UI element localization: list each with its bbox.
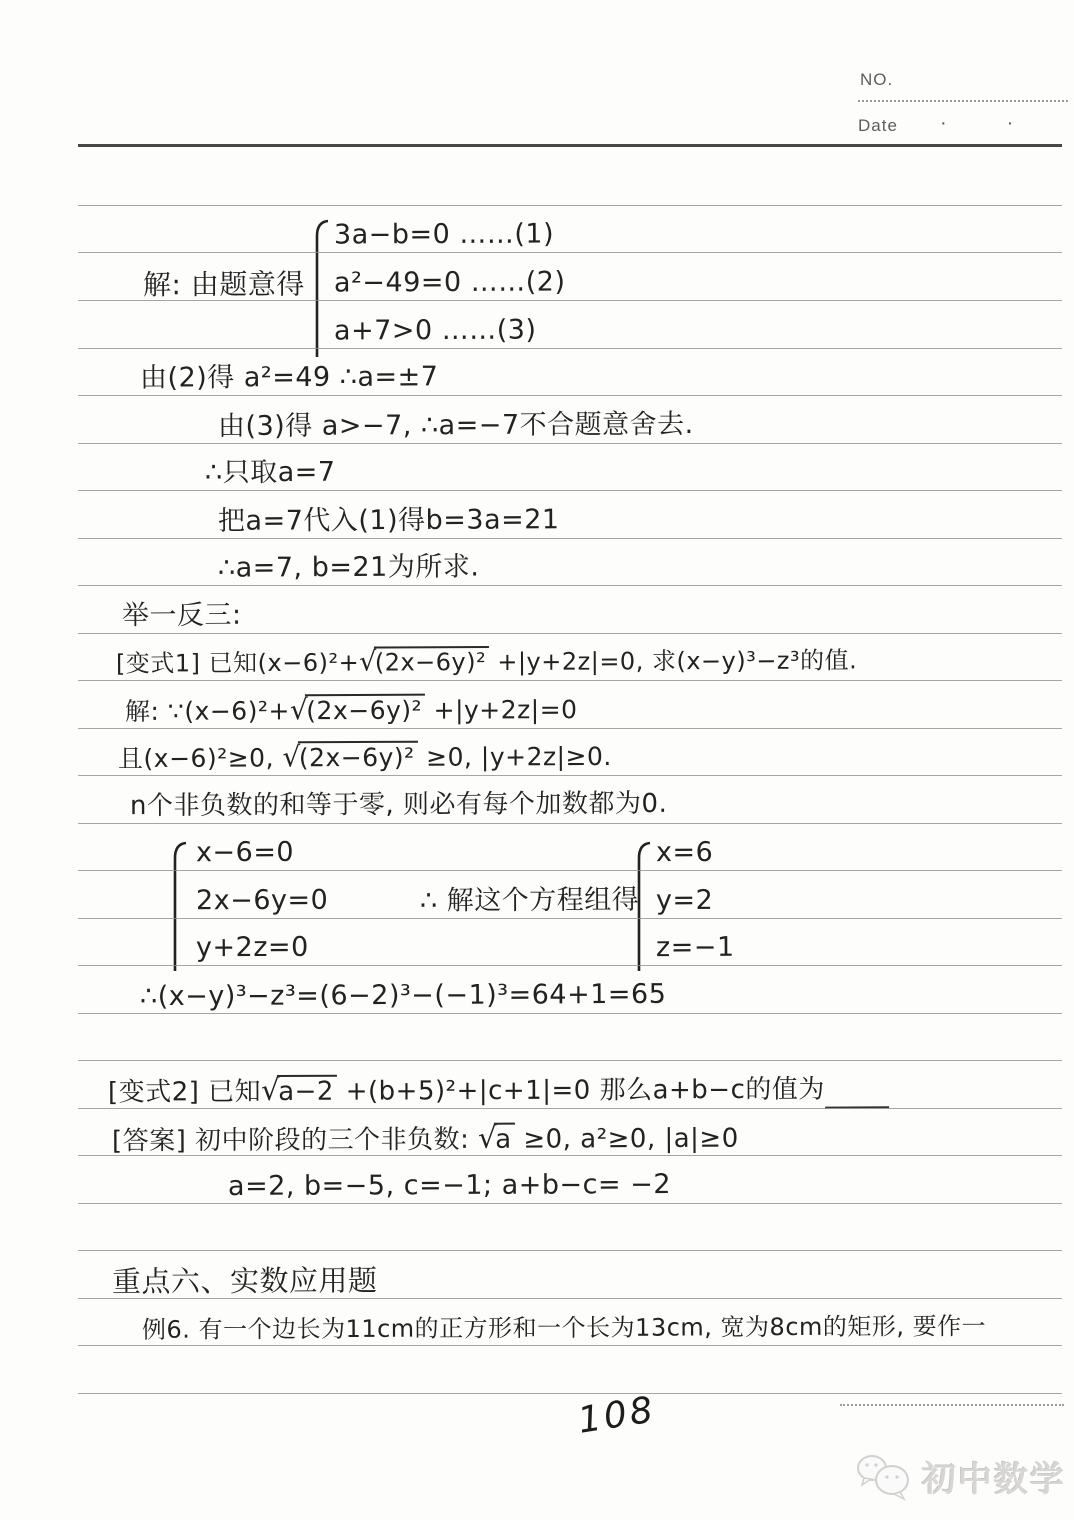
ruled-line <box>78 1155 1062 1156</box>
answer-blank <box>825 1076 889 1108</box>
variation1-solution-line: 解: ∵(x−6)²+√(2x−6y)² +|y+2z|=0 <box>125 690 578 730</box>
sqrt-expression: √a−2 <box>261 1071 337 1111</box>
ruled-line <box>78 348 1062 349</box>
answer-tag: [答案] <box>112 1126 186 1156</box>
sqrt-expression: √(2x−6y)² <box>282 738 417 778</box>
ruled-line <box>78 1203 1062 1204</box>
ruled-line <box>78 633 1062 634</box>
eq-system-row1: x−6=0 <box>196 834 294 872</box>
variation1-problem: [变式1] 已知(x−6)²+√(2x−6y)² +|y+2z|=0, 求(x−… <box>116 641 857 682</box>
ruled-line <box>78 965 1062 966</box>
ruled-line <box>78 490 1062 491</box>
ruled-line <box>78 775 1062 776</box>
ruled-line <box>78 1393 1062 1394</box>
ruled-line <box>78 1298 1062 1299</box>
variation1-nonneg-line: 且(x−6)²≥0, √(2x−6y)² ≥0, |y+2z|≥0. <box>118 737 612 777</box>
ruled-line <box>78 300 1062 301</box>
solution-row2: y=2 <box>656 882 713 920</box>
ruled-line <box>78 728 1062 729</box>
section6-heading: 重点六、实数应用题 <box>112 1261 378 1300</box>
ruled-line <box>78 918 1062 919</box>
eq-system-brace-right <box>632 840 652 974</box>
date-dots: · · <box>940 112 1014 135</box>
ruled-line <box>78 870 1062 871</box>
ruled-line <box>78 1250 1062 1251</box>
eq-system-row3: y+2z=0 <box>196 929 309 967</box>
step-from-eq2: 由(2)得 a²=49 ∴a=±7 <box>140 358 439 397</box>
step-substitute: 把a=7代入(1)得b=3a=21 <box>218 501 560 540</box>
equation-2: a²−49=0 ……(2) <box>334 263 566 302</box>
ruled-line <box>78 585 1062 586</box>
equation-1: 3a−b=0 ……(1) <box>334 216 554 255</box>
answer-values: a=2, b=−5, c=−1; a+b−c= −2 <box>228 1166 671 1206</box>
solve-system-text: ∴ 解这个方程组得 <box>420 882 639 921</box>
solution-row3: z=−1 <box>656 929 735 967</box>
practice-heading: 举一反三: <box>122 597 242 636</box>
eq-system-row2: 2x−6y=0 <box>196 882 328 921</box>
system-brace-left <box>310 218 330 360</box>
date-label: Date <box>858 116 898 136</box>
watermark: 初中数学 <box>852 1450 1066 1502</box>
ruled-line <box>78 443 1062 444</box>
no-label: NO. <box>860 70 893 90</box>
page-number: 108 <box>575 1389 658 1442</box>
watermark-text: 初中数学 <box>922 1452 1066 1501</box>
sqrt-expression: √(2x−6y)² <box>359 643 489 682</box>
ruled-line <box>78 823 1062 824</box>
equation-3: a+7>0 ……(3) <box>334 312 537 351</box>
step-take-a7: ∴只取a=7 <box>205 454 336 493</box>
step-conclusion: ∴a=7, b=21为所求. <box>218 548 480 587</box>
nonneg-rule-note: n个非负数的和等于零, 则必有每个加数都为0. <box>130 785 667 825</box>
no-dotted-line <box>858 100 1068 102</box>
solution-intro: 解: 由题意得 <box>143 266 305 305</box>
solution-row1: x=6 <box>656 834 713 872</box>
chat-bubbles-logo <box>852 1450 914 1502</box>
ruled-line <box>78 1013 1062 1014</box>
ruled-line <box>78 252 1062 253</box>
bottom-dotted-line <box>840 1404 1064 1406</box>
variation2-tag: [变式2] <box>108 1077 199 1107</box>
ruled-line <box>78 680 1062 681</box>
eq-system-brace-left <box>168 840 188 974</box>
ruled-line <box>78 1345 1062 1346</box>
ruled-line <box>78 538 1062 539</box>
ruled-line <box>78 1060 1062 1061</box>
example6-text: 例6. 有一个边长为11cm的正方形和一个长为13cm, 宽为8cm的矩形, 要… <box>142 1307 986 1349</box>
ruled-line <box>78 205 1062 206</box>
variation1-result: ∴(x−y)³−z³=(6−2)³−(−1)³=64+1=65 <box>140 976 667 1016</box>
top-heavy-rule <box>78 144 1062 147</box>
variation1-tag: [变式1] <box>116 649 201 677</box>
ruled-line <box>78 1108 1062 1109</box>
ruled-line <box>78 395 1062 396</box>
sqrt-expression: √a <box>478 1119 515 1159</box>
answer-line: [答案] 初中阶段的三个非负数: √a ≥0, a²≥0, |a|≥0 <box>112 1118 739 1159</box>
step-from-eq3: 由(3)得 a>−7, ∴a=−7不合题意舍去. <box>218 406 694 446</box>
notebook-page: NO. Date · · 解: 由题意得 3a−b=0 ……(1) a²−49=… <box>0 0 1074 1520</box>
variation2-problem: [变式2] 已知√a−2 +(b+5)²+|c+1|=0 那么a+b−c的值为 <box>108 1068 889 1109</box>
sqrt-expression: √(2x−6y)² <box>290 691 425 731</box>
